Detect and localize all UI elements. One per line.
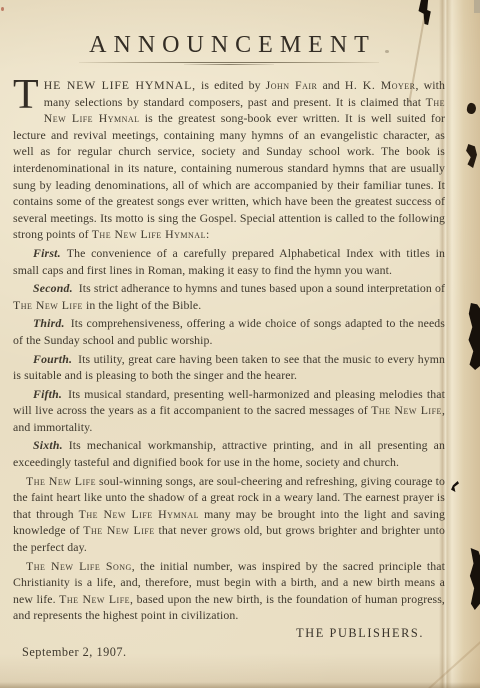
point-second-paragraph: Second.Its strict adherance to hymns and…: [13, 280, 445, 313]
date-line: September 2, 1907.: [13, 644, 445, 661]
text-run: Fifth.: [33, 387, 62, 401]
text-run: Sixth.: [33, 438, 63, 452]
point-sixth-paragraph: Sixth.Its mechanical workmanship, attrac…: [13, 437, 445, 470]
publisher-signature: THE PUBLISHERS.: [13, 625, 445, 642]
text-run: Fourth.: [33, 352, 72, 366]
point-fourth-paragraph: Fourth.Its utility, great care having be…: [13, 351, 445, 384]
title-rule-underline: [184, 64, 274, 65]
text-run: The New Life: [371, 403, 442, 417]
text-run: Its strict adherance to hymns and tunes …: [79, 281, 445, 295]
text-run: The New Life: [26, 474, 96, 488]
text-run: The New Life Hymnal: [79, 507, 199, 521]
text-run: :: [206, 227, 209, 241]
ink-speck-edge-1: [466, 102, 477, 115]
text-run: The New Life Hymnal: [92, 227, 206, 241]
text-run: Its mechanical workmanship, attractive p…: [13, 438, 445, 469]
soul-winning-paragraph: The New Life soul-winning songs, are sou…: [13, 473, 445, 556]
text-run: John Fair: [266, 78, 318, 92]
ink-stain-right-lower: [467, 548, 480, 610]
text-run: The New Life: [13, 298, 83, 312]
announcement-text: THE NEW LIFE HYMNAL, is edited by John F…: [13, 77, 445, 624]
title-rule: [79, 62, 379, 65]
text-run: The New Life Song: [26, 559, 132, 573]
text-run: The New Life: [59, 592, 130, 606]
text-run: H. K. Moyer: [345, 78, 416, 92]
text-run: The New Life: [83, 523, 154, 537]
scan-edge-corner: [474, 0, 480, 13]
point-fifth-paragraph: Fifth.Its musical standard, presenting w…: [13, 386, 445, 436]
intro-paragraph: THE NEW LIFE HYMNAL, is edited by John F…: [13, 77, 445, 243]
text-run: Third.: [33, 316, 65, 330]
red-speck: [1, 7, 4, 11]
ink-speck-margin: [450, 481, 459, 492]
title-rule-line: [79, 62, 379, 63]
drop-cap: T: [13, 77, 44, 111]
point-third-paragraph: Third.Its comprehensiveness, offering a …: [13, 315, 445, 348]
scanned-book-page: ANNOUNCEMENT THE NEW LIFE HYMNAL, is edi…: [0, 0, 480, 688]
text-run: is edited by: [196, 78, 266, 92]
text-run: in the light of the Bible.: [83, 298, 201, 312]
text-run: First.: [33, 246, 61, 260]
bottom-edge-shadow: [0, 682, 480, 688]
new-life-song-paragraph: The New Life Song, the initial number, w…: [13, 558, 445, 624]
text-run: and: [317, 78, 344, 92]
ink-speck-edge-2: [463, 144, 477, 168]
text-run: Second.: [33, 281, 73, 295]
text-run: is the greatest song-book ever written. …: [13, 111, 445, 241]
page-title: ANNOUNCEMENT: [13, 33, 445, 57]
ink-stain-right-upper: [466, 303, 480, 370]
text-run: The convenience of a carefully prepared …: [13, 246, 445, 277]
point-first-paragraph: First.The convenience of a carefully pre…: [13, 245, 445, 278]
text-run: Its utility, great care having been take…: [13, 352, 445, 383]
text-run: Its comprehensiveness, offering a wide c…: [13, 316, 445, 347]
page-content: ANNOUNCEMENT THE NEW LIFE HYMNAL, is edi…: [13, 0, 445, 660]
text-run: HE NEW LIFE HYMNAL,: [44, 78, 196, 92]
